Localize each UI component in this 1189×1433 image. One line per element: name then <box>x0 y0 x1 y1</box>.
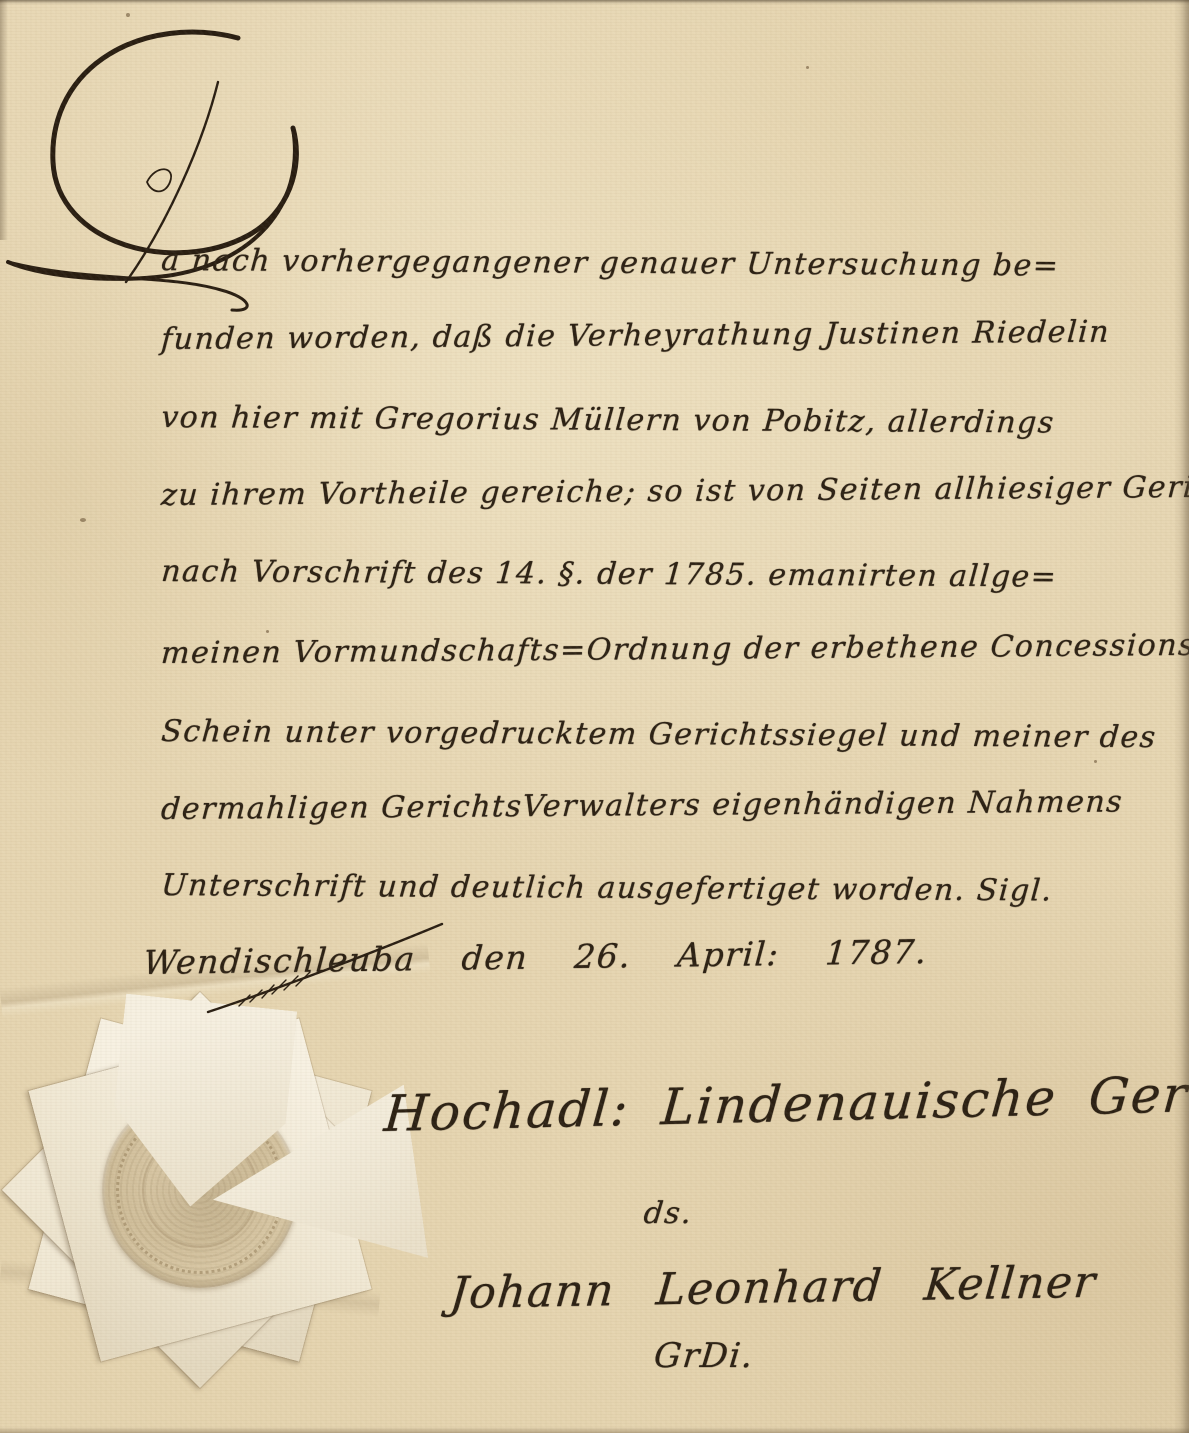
scan-edge-left <box>0 0 8 240</box>
ink-speck <box>806 66 809 69</box>
embossed-paper-seal <box>0 950 440 1430</box>
body-line: a nach vorhergegangener genauer Untersuc… <box>160 243 1061 283</box>
des-abbreviation: ds. <box>642 1196 694 1231</box>
body-line: zu ihrem Vortheile gereiche; so ist von … <box>160 469 1189 513</box>
body-line: Unterschrift und deutlich ausgefertiget … <box>160 868 1054 908</box>
ink-speck <box>80 518 86 522</box>
ink-speck <box>1094 760 1097 763</box>
manuscript-page: D a nach vorhergegangener genauer Unters… <box>0 0 1189 1433</box>
body-line: meinen Vormundschafts=Ordnung der erbeth… <box>160 628 1189 671</box>
body-line: von hier mit Gregorius Müllern von Pobit… <box>160 400 1056 440</box>
flourish-strike <box>190 918 450 1018</box>
signature-name: Johann Leonhard Kellner <box>448 1257 1099 1319</box>
ink-speck <box>266 630 269 633</box>
scan-edge-bottom <box>0 1427 1189 1433</box>
signer-title-abbreviation: GrDi. <box>652 1336 756 1376</box>
body-line: dermahligen GerichtsVerwalters eigenhänd… <box>160 784 1124 827</box>
ink-speck <box>126 13 130 17</box>
body-line: funden worden, daß die Verheyrathung Jus… <box>160 315 1111 357</box>
body-line: Schein unter vorgedrucktem Gerichtssiege… <box>160 714 1158 755</box>
closing-authority-line: Hochadl: Lindenauische Gerichte <box>382 1062 1189 1143</box>
body-line: nach Vorschrift des 14. §. der 1785. ema… <box>160 554 1059 594</box>
scan-edge-right <box>1174 0 1189 1433</box>
scan-edge-top <box>0 0 1189 5</box>
